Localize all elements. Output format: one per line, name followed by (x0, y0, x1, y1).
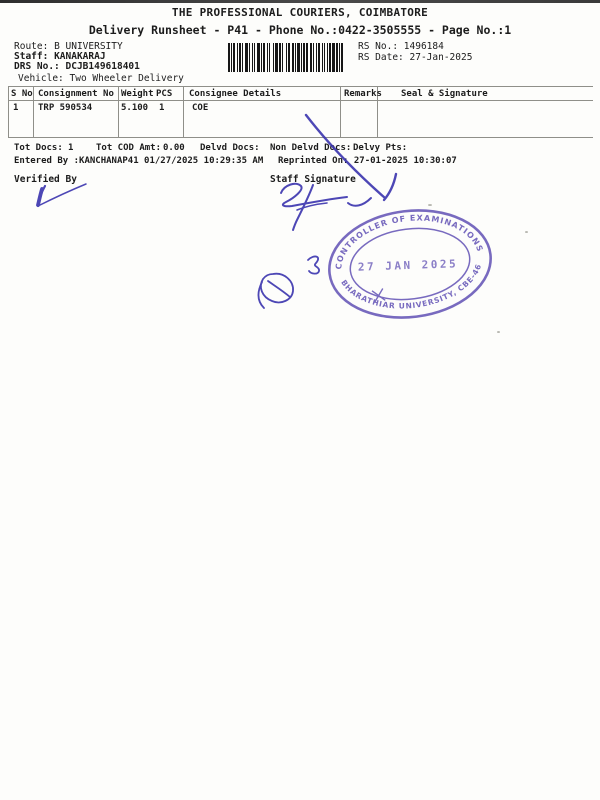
scan-edge-bar (0, 0, 600, 3)
stamp-bottom-text: BHARATHIAR UNIVERSITY, CBE-46 (339, 261, 488, 318)
table-row-cell-pcs: 1 (159, 103, 164, 113)
rs-date-value: 27-Jan-2025 (410, 52, 473, 63)
staff-signature-mark (281, 184, 347, 230)
tot-docs-value: 1 (68, 143, 73, 153)
barcode-icon (228, 43, 344, 72)
vehicle-value: Two Wheeler Delivery (70, 73, 184, 84)
col-header-consignment: Consignment No (38, 89, 114, 99)
tot-cod-label: Tot COD Amt: (96, 143, 161, 153)
ink-overlay: * CONTROLLER OF EXAMINATIONS * BHARATHIA… (0, 0, 600, 800)
rs-date-label: RS Date: (358, 52, 404, 63)
table-border-left (8, 86, 9, 137)
staff-signature-label: Staff Signature (270, 174, 356, 185)
pen-squiggle-mark (308, 256, 319, 273)
drs-line: DRS No.: DCJB149618401 (14, 61, 140, 72)
delvd-docs-label: Delvd Docs: (200, 143, 260, 153)
scan-speck (428, 204, 432, 206)
stamp-inner-ring (346, 222, 474, 306)
verified-by-signature-mark (38, 184, 86, 206)
non-delvd-docs-label: Non Delvd Docs: (270, 143, 351, 153)
table-row-cell-consignee: COE (192, 103, 208, 113)
svg-text:BHARATHIAR UNIVERSITY, CBE-46: BHARATHIAR UNIVERSITY, CBE-46 (339, 261, 488, 318)
table-border-header (8, 100, 593, 101)
table-row-cell-sno: 1 (13, 103, 18, 113)
runsheet-subtitle: Delivery Runsheet - P41 - Phone No.:0422… (0, 23, 600, 37)
company-title: THE PROFESSIONAL COURIERS, COIMBATORE (0, 6, 600, 19)
table-row-cell-weight: 5.100 (121, 103, 148, 113)
table-col-divider (33, 86, 34, 137)
reprinted-on-line: Reprinted On: 27-01-2025 10:30:07 (278, 156, 457, 166)
rs-no-label: RS No.: (358, 41, 398, 52)
drs-label: DRS No.: (14, 61, 60, 72)
col-header-sno: S No (11, 89, 33, 99)
stamp-date: 27 JAN 2025 (358, 257, 459, 273)
tot-docs-label: Tot Docs: (14, 143, 63, 153)
barcode-bar (343, 43, 344, 72)
table-border-top (8, 86, 593, 87)
col-header-pcs: PCS (156, 89, 172, 99)
entered-by-line: Entered By :KANCHANAP41 01/27/2025 10:29… (14, 156, 263, 166)
col-header-seal: Seal & Signature (401, 89, 488, 99)
rs-no-value: 1496184 (404, 41, 444, 52)
col-header-consignee: Consignee Details (189, 89, 281, 99)
vehicle-line: Vehicle: Two Wheeler Delivery (18, 73, 184, 84)
stamp-outer-ring (323, 202, 497, 327)
table-col-divider (340, 86, 341, 137)
scan-speck (525, 231, 528, 233)
verified-by-label: Verified By (14, 174, 77, 185)
table-col-divider (118, 86, 119, 137)
delivery-runsheet-document: THE PROFESSIONAL COURIERS, COIMBATORE De… (0, 0, 600, 800)
stamp-cross-mark (372, 288, 385, 302)
drs-value: DCJB149618401 (66, 61, 140, 72)
rs-no-line: RS No.: 1496184 (358, 41, 444, 52)
col-header-remarks: Remarks (344, 89, 382, 99)
col-header-weight: Weight (121, 89, 154, 99)
vehicle-label: Vehicle: (18, 73, 64, 84)
tot-cod-value: 0.00 (163, 143, 185, 153)
scan-speck (497, 331, 500, 333)
pen-circled-slash-mark (258, 274, 293, 308)
delvy-pts-label: Delvy Pts: (353, 143, 407, 153)
rs-date-line: RS Date: 27-Jan-2025 (358, 52, 472, 63)
table-col-divider (183, 86, 184, 137)
table-border-bottom (8, 137, 593, 138)
table-row-cell-consignment: TRP 590534 (38, 103, 92, 113)
